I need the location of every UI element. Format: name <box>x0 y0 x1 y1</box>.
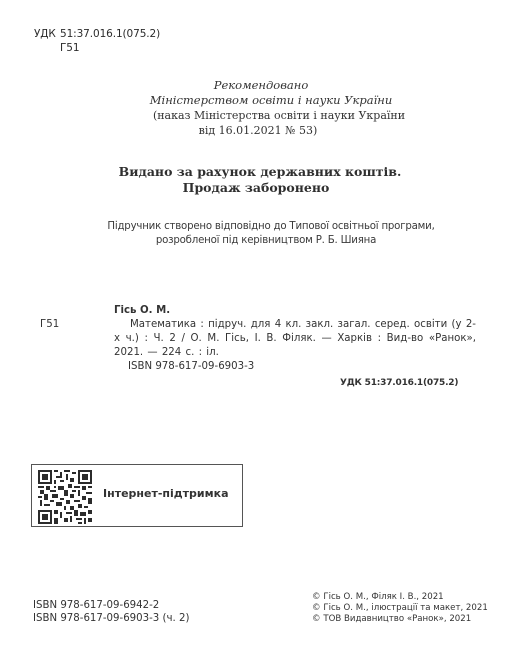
udk-header: УДК51:37.016.1(075.2) Г51 <box>34 27 160 55</box>
udk-right: УДК 51:37.016.1(075.2) <box>340 378 458 388</box>
state-notice-line-2: Продаж заборонено <box>0 180 512 196</box>
qr-code-icon[interactable] <box>38 470 92 524</box>
record-author: Гісь О. М. <box>114 304 170 318</box>
udk-label: УДК <box>34 27 60 41</box>
isbn-item: ISBN 978-617-09-6903-3 (ч. 2) <box>33 612 189 625</box>
internet-support-label[interactable]: Інтернет-підтримка <box>103 487 229 500</box>
recommendation-line-4: від 16.01.2021 № 53) <box>0 123 512 138</box>
record-author-mark: Г51 <box>40 318 59 332</box>
program-note-line-1: Підручник створено відповідно до Типової… <box>0 220 512 234</box>
isbn-item: ISBN 978-617-09-6942-2 <box>33 599 189 612</box>
author-mark: Г51 <box>34 41 160 55</box>
copyright-list: © Гісь О. М., Філяк І. В., 2021 © Гісь О… <box>312 592 488 625</box>
copyright-item: © ТОВ Видавництво «Ранок», 2021 <box>312 614 488 625</box>
recommendation-block: Рекомендовано Міністерством освіти і нау… <box>0 78 512 138</box>
program-note: Підручник створено відповідно до Типової… <box>0 220 512 248</box>
udk-code: 51:37.016.1(075.2) <box>60 27 160 41</box>
program-note-line-2: розробленої під керівництвом Р. Б. Шияна <box>0 234 512 248</box>
recommendation-line-3: (наказ Міністерства освіти і науки Украї… <box>0 108 512 123</box>
state-notice-line-1: Видано за рахунок державних коштів. <box>0 164 512 180</box>
record-description: Математика : підруч. для 4 кл. закл. заг… <box>114 318 476 360</box>
copyright-item: © Гісь О. М., Філяк І. В., 2021 <box>312 592 488 603</box>
state-funding-notice: Видано за рахунок державних коштів. Прод… <box>0 164 512 196</box>
recommendation-line-2: Міністерством освіти і науки України <box>0 93 512 108</box>
recommendation-line-1: Рекомендовано <box>0 78 512 93</box>
copyright-item: © Гісь О. М., ілюстрації та макет, 2021 <box>312 603 488 614</box>
record-isbn: ISBN 978-617-09-6903-3 <box>128 360 254 374</box>
isbn-list: ISBN 978-617-09-6942-2 ISBN 978-617-09-6… <box>33 599 189 625</box>
internet-support-box[interactable]: Інтернет-підтримка <box>31 464 243 527</box>
